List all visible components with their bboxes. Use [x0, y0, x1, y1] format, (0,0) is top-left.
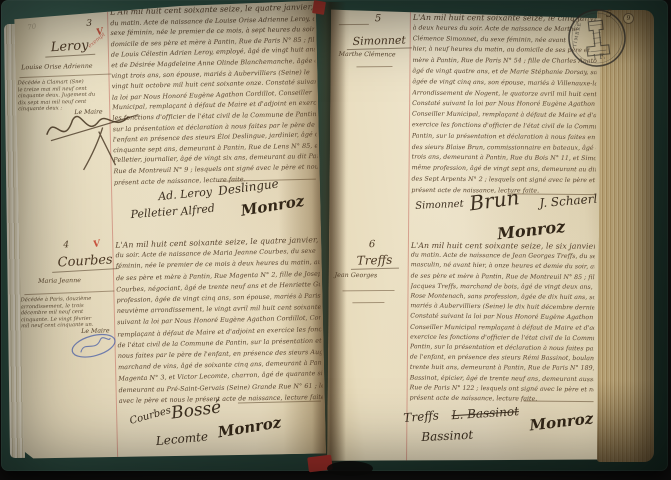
hand-line: Pantin, sur la présentation et déclarati…: [412, 131, 596, 143]
signature-witness: Pelletier: [130, 205, 178, 221]
hand-line: Rue de Paris N° 122 ; lesquels ont signé…: [410, 383, 594, 395]
margin-given-names: Louise Orise Adrienne: [21, 63, 92, 72]
signature-official: Monroz: [239, 192, 305, 220]
margin-surname: Simonnet: [347, 33, 413, 50]
signature-witness-struck: L. Bassinot: [451, 404, 519, 422]
signature-declarant: Treffs: [403, 408, 440, 425]
margin-dash-rule: [339, 24, 369, 25]
margin-divider-rule: [343, 290, 395, 291]
hand-line: présent acte de naissance, lecture faite…: [410, 394, 594, 406]
stamp-value: 1 F.: [592, 52, 605, 61]
act-number: 6: [369, 239, 375, 250]
margin-surname: Leroy: [44, 38, 95, 58]
hand-line: Conseiller Municipal remplaçant à défaut…: [410, 323, 594, 334]
ribbon-shadow: [327, 461, 373, 476]
margin-divider-rule: [19, 73, 111, 78]
signature-declarant: Courbes: [129, 405, 173, 427]
signature-witness: Alfred: [180, 202, 216, 219]
fore-edge-number: 9: [623, 13, 634, 24]
margin-given-names: Jean Georges: [335, 272, 378, 279]
margin-given-names: Marthe Clémence: [339, 51, 396, 58]
signature-official: Monroz: [216, 413, 282, 441]
scanned-register-photo: 70 3 V exempt Leroy Louise Orise Adrienn…: [0, 0, 671, 480]
signature-declarant: Simonnet: [415, 199, 464, 212]
margin-given-names: Maria Jeanne: [38, 277, 81, 285]
bookmark-ribbon-top: [312, 0, 326, 15]
hand-line: âgée de vingt cinq ans, son épouse, mari…: [412, 77, 596, 90]
right-fore-edge: [597, 10, 654, 462]
signature-official: Monroz: [529, 409, 595, 434]
hand-line: des Sept Arpents N° 2 ; lesquels ont sig…: [411, 174, 595, 186]
signature-official: Monroz: [496, 217, 566, 244]
margin-divider-rule: [352, 302, 384, 303]
hand-line: Jacques Treffs, marchand de bois, âgé de…: [411, 282, 595, 293]
red-check-mark: V: [92, 239, 101, 250]
hand-line: des sieurs Blaise Brun, commissionnaire …: [412, 143, 596, 155]
pencil-folio-number: 70: [27, 22, 37, 31]
signature-witness: Bassinot: [421, 428, 473, 444]
right-page: 5 Simonnet Marthe Clémence L'An mil huit…: [327, 8, 601, 463]
margin-surname: Courbes: [51, 252, 119, 273]
hand-line: trente huit ans, demeurant à Pantin, Rue…: [410, 363, 594, 374]
margin-surname: Treffs: [351, 253, 399, 270]
death-margin-note: Décédée à Paris, douzièmearrondissement,…: [20, 295, 119, 330]
blue-oval-stamp: [67, 328, 120, 364]
act-body-text: L'An mil huit cent soixante seize, le si…: [410, 241, 595, 406]
act-body-text: L'An mil huit cent soixante seize, le qu…: [115, 235, 323, 408]
folio-number: 5: [606, 9, 612, 20]
mayor-signature-scrawl: [42, 103, 148, 175]
act-number: 4: [63, 240, 69, 250]
margin-divider-rule: [24, 290, 114, 295]
signature-witness: Brun: [468, 185, 521, 215]
hand-line: Constaté suivant la loi par Nous Honoré …: [412, 99, 596, 111]
hand-line: exercice les fonctions d'officier de l'é…: [412, 120, 596, 133]
revenue-stamp: 1 F. TIMBRE: [563, 4, 631, 72]
hand-line: L'An mil huit cent soixante seize, le si…: [411, 241, 595, 252]
signature-witness: Lecomte: [155, 429, 208, 448]
hand-line: Constaté suivant la loi par Nous Honoré …: [410, 312, 594, 324]
margin-divider-rule: [356, 66, 392, 67]
left-page: 70 3 V exempt Leroy Louise Orise Adrienn…: [14, 1, 326, 461]
act-number: 5: [375, 13, 381, 24]
act-number: 3: [86, 19, 92, 29]
signature-declarant: Ad. Leroy: [158, 185, 213, 203]
